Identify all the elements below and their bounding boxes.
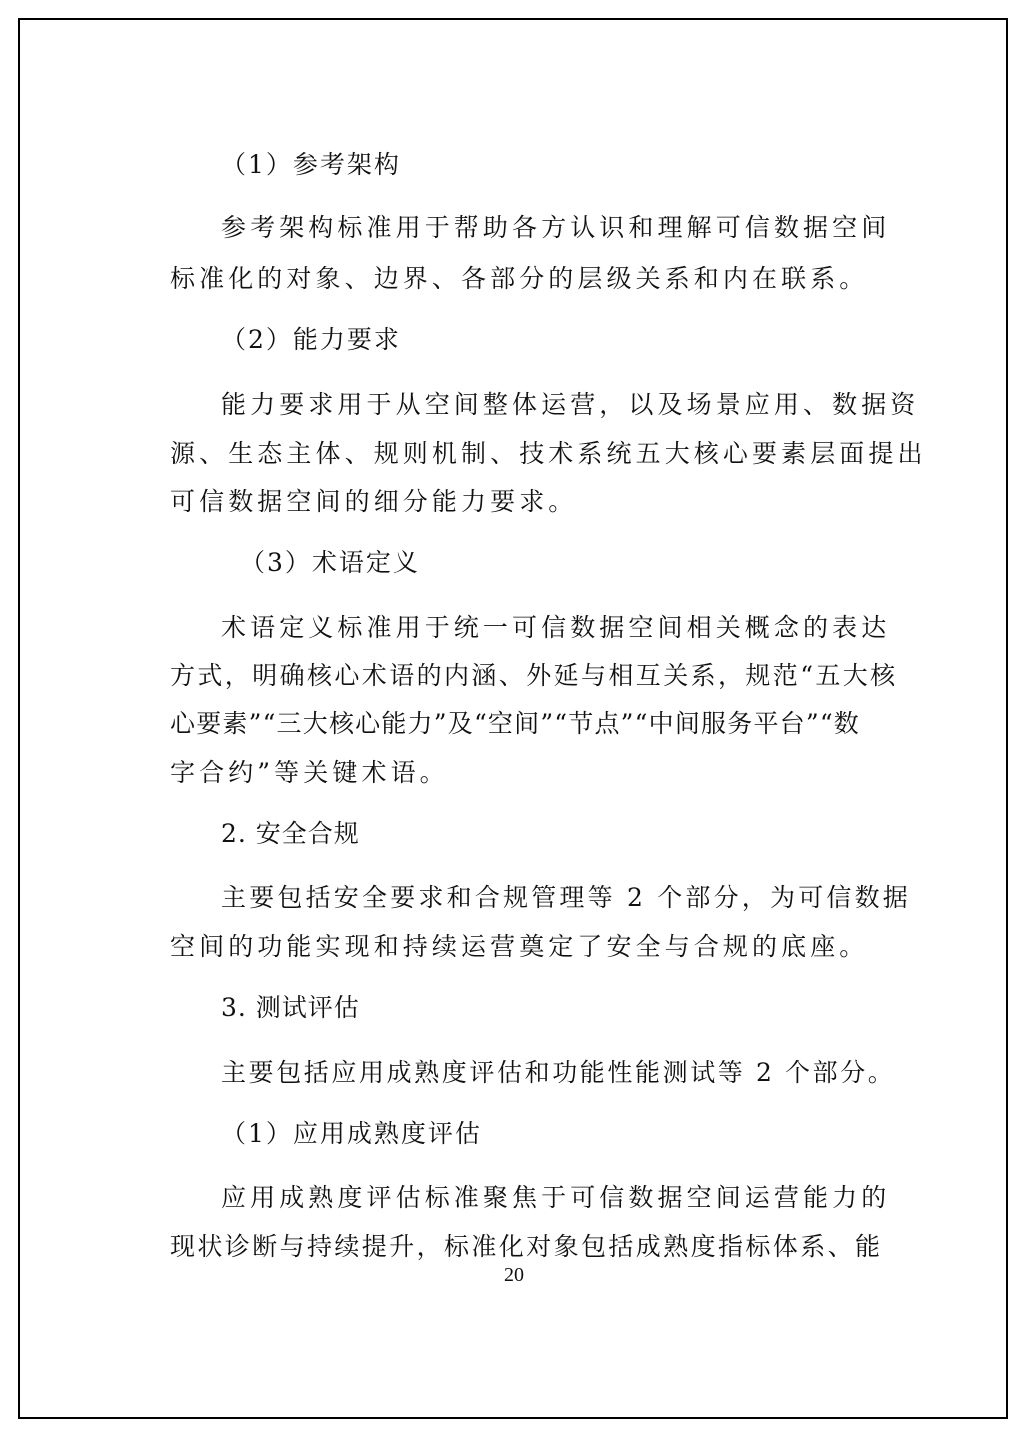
paragraph-line: 术语定义标准用于统一可信数据空间相关概念的表达 — [221, 613, 890, 643]
heading-reference-architecture: （1）参考架构 — [221, 150, 401, 180]
paragraph-line: 字合约”等关键术语。 — [170, 758, 449, 788]
paragraph-line: 应用成熟度评估标准聚焦于可信数据空间运营能力的 — [221, 1183, 890, 1213]
paragraph-line: 可信数据空间的细分能力要求。 — [170, 487, 577, 517]
paragraph-line: 心要素”“三大核心能力”及“空间”“节点”“中间服务平台”“数 — [170, 709, 860, 739]
paragraph-line: 标准化的对象、边界、各部分的层级关系和内在联系。 — [170, 264, 868, 294]
section-security-compliance: 2. 安全合规 — [221, 819, 360, 849]
page-number: 20 — [0, 1264, 1028, 1287]
paragraph-line: 源、生态主体、规则机制、技术系统五大核心要素层面提出 — [170, 439, 927, 469]
paragraph-line: 主要包括应用成熟度评估和功能性能测试等 2 个部分。 — [221, 1058, 895, 1088]
paragraph-line: 方式，明确核心术语的内涵、外延与相互关系，规范“五大核 — [170, 661, 898, 691]
section-testing-evaluation: 3. 测试评估 — [221, 993, 360, 1023]
heading-maturity-assessment: （1）应用成熟度评估 — [221, 1119, 482, 1149]
paragraph-line: 现状诊断与持续提升，标准化对象包括成熟度指标体系、能 — [170, 1232, 882, 1262]
heading-terminology: （3）术语定义 — [240, 548, 420, 578]
paragraph-line: 参考架构标准用于帮助各方认识和理解可信数据空间 — [221, 213, 890, 243]
paragraph-line: 能力要求用于从空间整体运营，以及场景应用、数据资 — [221, 390, 919, 420]
paragraph-line: 主要包括安全要求和合规管理等 2 个部分，为可信数据 — [221, 883, 911, 913]
paragraph-line: 空间的功能实现和持续运营奠定了安全与合规的底座。 — [170, 932, 868, 962]
heading-capability-requirements: （2）能力要求 — [221, 325, 401, 355]
